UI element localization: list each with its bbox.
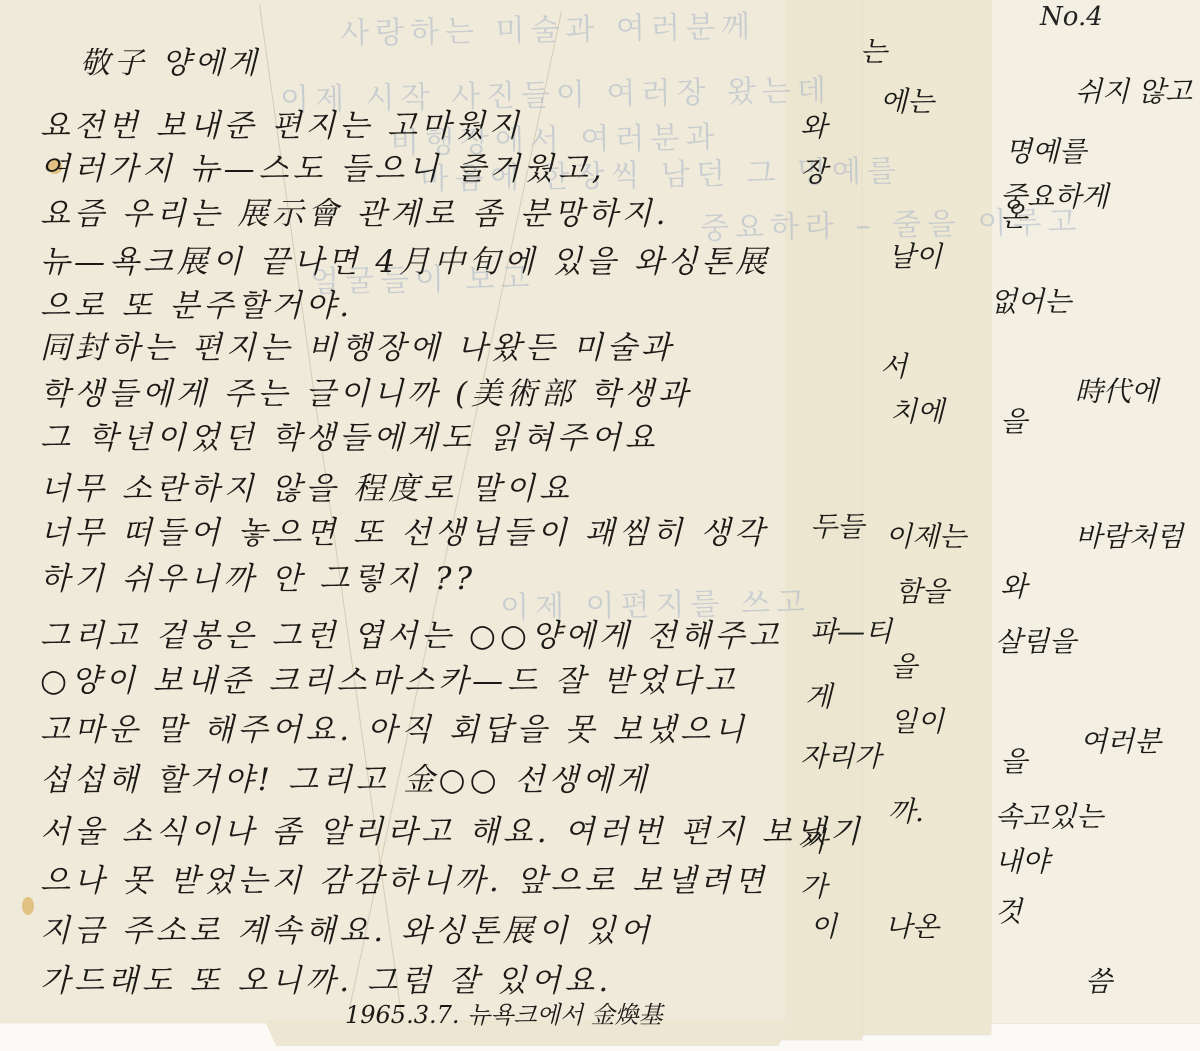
sheet-fragment-text: 바람처럼	[1075, 515, 1183, 555]
letter-line: 하기 쉬우니까 안 그렇지 ??	[40, 553, 476, 598]
letter-line: 서울 소식이나 좀 알리라고 해요. 여러번 편지 보냈기	[40, 806, 864, 851]
sheet-fragment-text: 이	[810, 905, 837, 945]
letter-line: 同封하는 편지는 비행장에 나왔든 미술과	[40, 322, 675, 367]
letter-line: 그 학년이었던 학생들에게도 읽혀주어요	[40, 412, 659, 457]
letter-line: 요즘 우리는 展示會 관계로 좀 분망하지.	[40, 188, 669, 233]
sheet-fragment-text: 파—티	[810, 610, 892, 650]
letter-line: 학생들에게 주는 글이니까 (美術部 학생과	[40, 368, 692, 413]
sheet-fragment-text: 까.	[888, 790, 924, 830]
letter-line: 지금 주소로 계속해요. 와싱톤展이 있어	[40, 905, 653, 950]
letter-line: 으로 또 분주할거야.	[40, 280, 353, 325]
sheet-fragment-text: 와	[1000, 565, 1027, 605]
sheet-fragment-text: 을	[890, 645, 917, 685]
letter-line: 여러가지 뉴—스도 들으니 즐거웠고,	[40, 143, 606, 188]
sheet-fragment-text: 온	[1000, 195, 1027, 235]
letter-line: 가드래도 또 오니까. 그럼 잘 있어요.	[40, 955, 612, 1000]
sheet-fragment-text: 함을	[895, 570, 949, 610]
letter-line: ○양이 보내준 크리스마스카—드 잘 받었다고	[40, 655, 739, 700]
sheet-fragment-text: 내야	[995, 840, 1049, 880]
sheet-fragment-text: 을	[1000, 400, 1027, 440]
sheet-fragment-text: 쉬지 않고	[1075, 70, 1192, 110]
letter-line: 너무 소란하지 않을 程度로 말이요	[40, 463, 573, 508]
sheet-fragment-text: 을	[1000, 740, 1027, 780]
bleed-through-text: 사랑하는 미술과 여러분께	[340, 1, 757, 52]
sheet-fragment-text: 장	[800, 150, 827, 190]
sheet-fragment-text: 살림을	[995, 620, 1076, 660]
sheet-fragment-text: 여러분	[1080, 720, 1161, 760]
letter-line: 뉴—욕크展이 끝나면 4月中旬에 있을 와싱톤展	[40, 236, 770, 281]
salutation: 敬子 양에게	[80, 38, 260, 82]
page-number: No.4	[1040, 2, 1103, 32]
sheet-fragment-text: 자리가	[800, 735, 881, 775]
sheet-fragment-text: 치에	[890, 390, 944, 430]
letter-line: 요전번 보내준 편지는 고마웠지	[40, 100, 523, 145]
sheet-fragment-text: 명예를	[1005, 130, 1086, 170]
sheet-fragment-text: 일이	[890, 700, 944, 740]
sheet-fragment-text: 두들	[810, 505, 864, 545]
sheet-fragment-text: 와	[800, 105, 827, 145]
sheet-fragment-text: 서	[880, 345, 907, 385]
sheet-fragment-text: 것	[995, 890, 1022, 930]
sheet-fragment-text: 이제는	[885, 515, 966, 555]
date-and-signature: 1965.3.7. 뉴욕크에서 金煥基	[345, 995, 663, 1030]
sheet-fragment-text: 가	[800, 820, 827, 860]
sheet-fragment-text: 나온	[885, 905, 939, 945]
sheet-fragment-text: 게	[805, 675, 832, 715]
letter-line: 그리고 겉봉은 그런 엽서는 ○○양에게 전해주고	[40, 610, 782, 655]
letter-line: 고마운 말 해주어요. 아직 회답을 못 보냈으니	[40, 704, 748, 749]
letter-line: 섭섭해 할거야! 그리고 金○○ 선생에게	[40, 754, 650, 799]
sheet-fragment-text: 날이	[888, 235, 942, 275]
sheet-fragment-text: 에는	[880, 80, 934, 120]
sheet-fragment-text: 없어는	[990, 280, 1071, 320]
paper-stain	[22, 897, 34, 915]
sheet-fragment-text: 속고있는	[995, 795, 1103, 835]
sheet-fragment-text: 씀	[1085, 960, 1112, 1000]
sheet-fragment-text: 는	[860, 30, 887, 70]
sheet-fragment-text: 가	[800, 865, 827, 905]
letter-line: 너무 떠들어 놓으면 또 선생님들이 괘씸히 생각	[40, 507, 768, 552]
sheet-fragment-text: 時代에	[1075, 370, 1158, 410]
letter-line: 으나 못 받었는지 감감하니까. 앞으로 보낼려면	[40, 855, 768, 900]
